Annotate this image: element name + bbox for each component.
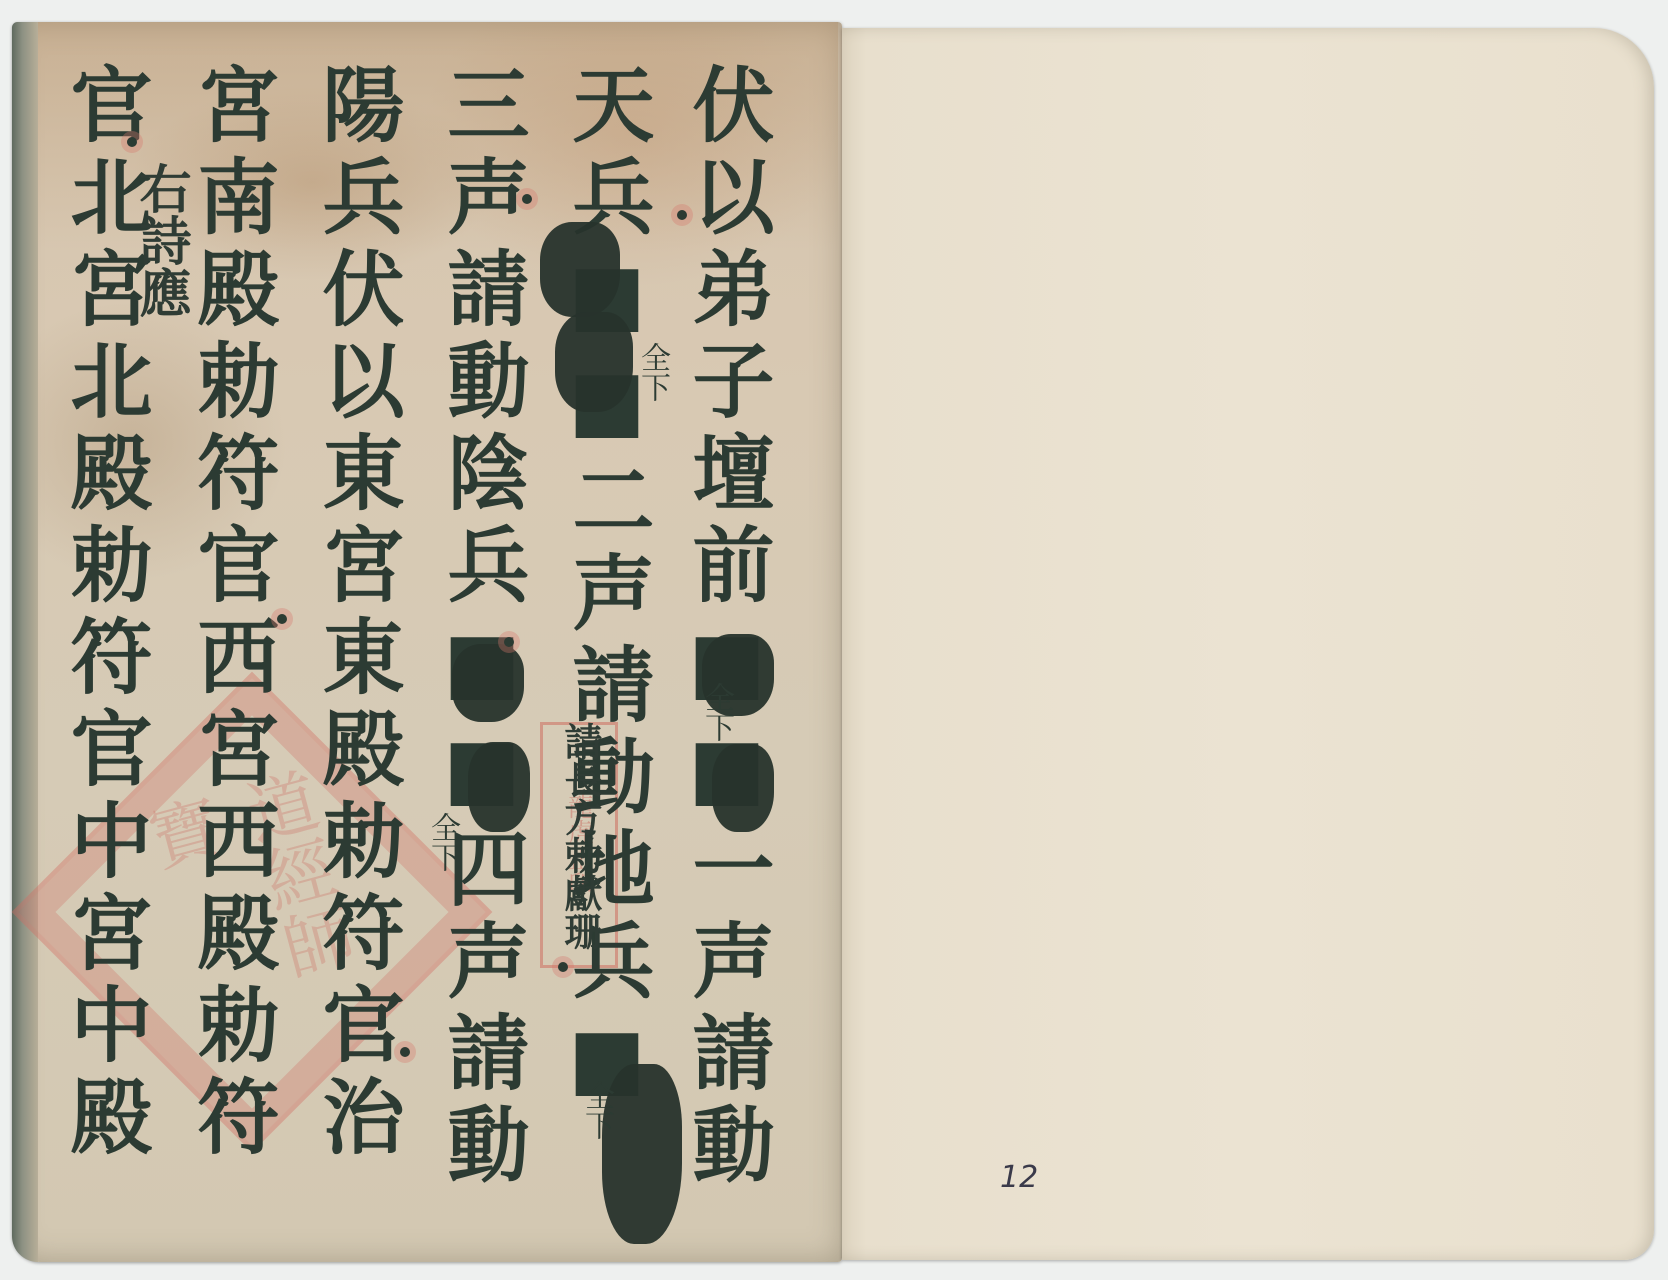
text-column-4: 陽兵伏以東宮東殿勅符官治 — [302, 62, 412, 1166]
ink-redaction — [468, 742, 530, 832]
punctuation-mark — [504, 637, 514, 647]
left-manuscript-page: 道經師寶 龍虎正印 伏以弟子壇前■■一声請動 天兵■■二声請動地兵■ 三声請動陰… — [12, 22, 842, 1262]
text-column-1: 伏以弟子壇前■■一声請動 — [672, 62, 782, 1194]
annotation-note: 全下 — [420, 812, 464, 872]
text-column-5: 宮南殿勅符官西宮西殿勅符 — [177, 62, 287, 1166]
ink-redaction — [452, 644, 524, 722]
annotation-note: 全下 — [630, 342, 674, 402]
side-note: 右詩應 — [130, 162, 190, 318]
ink-redaction — [555, 312, 633, 412]
punctuation-mark — [277, 614, 287, 624]
text-column-2: 天兵■■二声請動地兵■ — [552, 62, 662, 1116]
ink-redaction — [540, 222, 620, 317]
punctuation-mark — [558, 962, 568, 972]
punctuation-mark — [522, 194, 532, 204]
right-blank-page: 12 — [842, 28, 1654, 1260]
punctuation-mark — [400, 1047, 410, 1057]
overwritten-note: 請長方勅獻珊 — [552, 722, 602, 950]
manuscript-spread: 道經師寶 龍虎正印 伏以弟子壇前■■一声請動 天兵■■二声請動地兵■ 三声請動陰… — [0, 0, 1668, 1280]
punctuation-mark — [127, 137, 137, 147]
annotation-note: 全下 — [574, 1080, 618, 1140]
punctuation-mark — [677, 210, 687, 220]
text-column-3: 三声請動陰兵■■四声請動 — [427, 62, 537, 1194]
annotation-note: 全下 — [694, 682, 738, 742]
ink-redaction — [712, 744, 774, 832]
book-binding — [12, 22, 38, 1262]
page-number: 12 — [1000, 1160, 1038, 1195]
